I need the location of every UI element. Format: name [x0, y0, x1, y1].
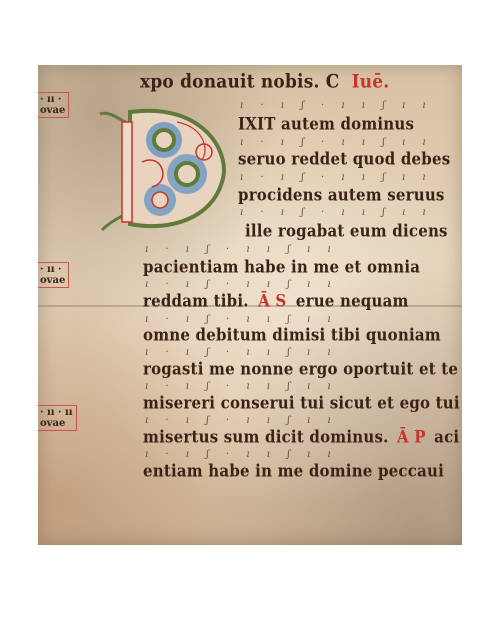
text-line: entiam habe in me domine peccaui [143, 461, 444, 481]
neume-row: ı · ı ʃ · ı ı ʃ ı ı [240, 100, 433, 111]
neume-row: ı · ı ʃ · ı ı ʃ ı ı [240, 207, 433, 218]
text-line: IXIT autem dominus [238, 114, 414, 134]
neume-row: ı · ı ʃ · ı ı ʃ ı ı [145, 449, 338, 460]
margin-note-text: ovae [40, 105, 65, 116]
text-line: seruo reddet quod debes [238, 149, 450, 169]
text-line: xpo donauit nobis. C Iuē. [140, 71, 389, 93]
neume-row: ı · ı ʃ · ı ı ʃ ı ı [240, 172, 433, 183]
line-text: aci [434, 427, 459, 447]
margin-note: · ıı · ıı ovae [38, 405, 77, 431]
line-text: xpo donauit nobis. C [140, 71, 339, 93]
neume-row: ı · ı ʃ · ı ı ʃ ı ı [145, 347, 338, 358]
neume-row: ı · ı ʃ · ı ı ʃ ı ı [145, 279, 338, 290]
neume-row: ı · ı ʃ · ı ı ʃ ı ı [240, 137, 433, 148]
rubric: Ā P [397, 427, 426, 447]
margin-note-text: ovae [40, 275, 65, 286]
text-line: misereri conserui tui sicut et ego tui [143, 393, 460, 413]
margin-note: · ıı · ovae [38, 92, 69, 118]
rubric: Iuē. [352, 71, 390, 93]
neume-row: ı · ı ʃ · ı ı ʃ ı ı [145, 244, 338, 255]
text-line: procidens autem seruus [238, 185, 445, 205]
line-text: erue nequam [296, 291, 409, 311]
text-line: pacientiam habe in me et omnia [143, 257, 420, 277]
margin-note-neumes: · ıı · [40, 94, 65, 105]
neume-row: ı · ı ʃ · ı ı ʃ ı ı [145, 381, 338, 392]
line-text: reddam tibi. [143, 291, 249, 311]
margin-note: · ıı · ovae [38, 262, 69, 288]
text-line: rogasti me nonne ergo oportuit et te [143, 359, 458, 379]
text-line: misertus sum dicit dominus. Ā P aci [143, 427, 459, 447]
text-line: reddam tibi. Ā S erue nequam [143, 291, 409, 311]
margin-note-neumes: · ıı · ıı [40, 407, 73, 418]
line-text: misertus sum dicit dominus. [143, 427, 389, 447]
illuminated-initial-d-icon [92, 102, 232, 234]
rubric: Ā S [258, 291, 286, 311]
margin-note-text: ovae [40, 418, 73, 429]
neume-row: ı · ı ʃ · ı ı ʃ ı ı [145, 314, 338, 325]
text-line: ille rogabat eum dicens [245, 221, 448, 241]
margin-note-neumes: · ıı · [40, 264, 65, 275]
text-line: omne debitum dimisi tibi quoniam [143, 325, 441, 345]
neume-row: ı · ı ʃ · ı ı ʃ ı ı [145, 415, 338, 426]
